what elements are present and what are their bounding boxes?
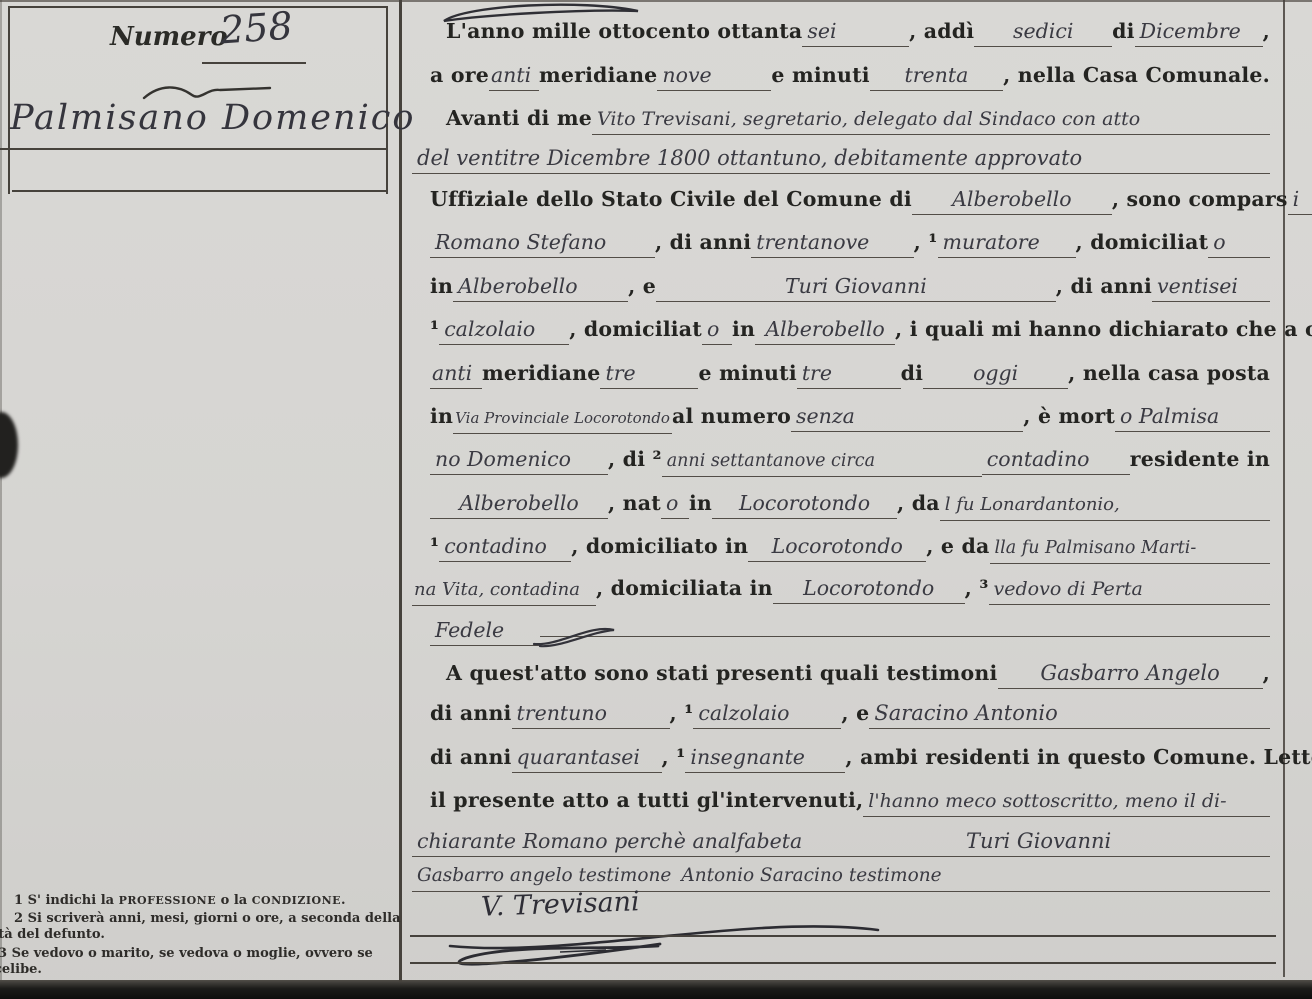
entry-minutes: trenta	[870, 60, 1003, 91]
entry-father-occupation: contadino	[439, 531, 571, 562]
printed-text: , domiciliat	[1076, 227, 1209, 257]
margin-column: Numero 258 Palmisano Domenico 1 S' indic…	[0, 0, 400, 999]
printed-text: ,	[1263, 16, 1270, 46]
printed-text: , ¹	[914, 227, 938, 257]
printed-text: , e da	[926, 531, 989, 561]
entry-marital-status: vedovo di Perta	[989, 574, 1270, 605]
entry-closing1: l'hanno meco sottoscritto, meno il di-	[863, 786, 1270, 817]
entry-declarant1-occupation: muratore	[938, 227, 1076, 258]
entry-deceased-name-part2: no Domenico	[430, 444, 608, 475]
printed-text: , domiciliat	[569, 314, 702, 344]
signature-saracino: Antonio Saracino testimone	[676, 861, 1270, 892]
entry-declarant2-comune: Alberobello	[755, 314, 895, 345]
printed-text: , di anni	[655, 227, 751, 257]
entry-deceased-birthplace: Locorotondo	[712, 488, 897, 519]
footnote-2: 2 Si scriverà anni, mesi, giorni o ore, …	[14, 911, 401, 926]
printed-text: A quest'atto sono stati presenti quali t…	[446, 658, 998, 688]
printed-text: , nat	[608, 488, 661, 518]
printed-text: , sono compars	[1112, 184, 1288, 214]
printed-text: di	[1112, 16, 1135, 46]
numero-box-bottom-border	[12, 190, 386, 192]
act-line-11: no Domenico , di ² anni settantanove cir…	[430, 444, 1270, 477]
entry-declarant1-comune: Alberobello	[453, 271, 628, 302]
entry-marital-status2: Fedele	[430, 615, 540, 646]
entry-death-meridian: anti	[430, 358, 482, 389]
entry-closing2: chiarante Romano perchè analfabeta	[412, 826, 807, 857]
printed-text: al numero	[672, 401, 791, 431]
printed-text: in	[430, 401, 453, 431]
act-line-18: di anni quarantasei , ¹ insegnante , amb…	[430, 742, 1270, 773]
act-line-10: in Via Provinciale Locorotondo al numero…	[430, 401, 1270, 434]
footnote-1-smallcaps-condizione: CONDIZIONE	[252, 894, 341, 907]
footnote-3-wrap: celibe.	[0, 962, 42, 977]
footnote-2-wrap: età del defunto.	[0, 927, 105, 942]
blank-rule	[540, 636, 1270, 637]
death-record-scan: Numero 258 Palmisano Domenico 1 S' indic…	[0, 0, 1312, 999]
act-line-13: ¹ contadino , domiciliato in Locorotondo…	[430, 531, 1270, 564]
entry-meridian: anti	[489, 60, 539, 91]
entry-hour: nove	[657, 60, 771, 91]
printed-text: Avanti di me	[446, 103, 592, 133]
printed-text: ,	[1263, 658, 1270, 688]
entry-house-street: Via Provinciale Locorotondo	[453, 403, 672, 434]
footnote-3: 3 Se vedovo o marito, se vedova o moglie…	[0, 946, 373, 961]
entry-death-minutes: tre	[797, 358, 901, 389]
printed-text: , nella casa posta	[1068, 358, 1270, 388]
printed-text: , ¹	[662, 742, 686, 772]
entry-father: l fu Lonardantonio,	[940, 490, 1270, 521]
act-line-05: Uffiziale dello Stato Civile del Comune …	[430, 184, 1270, 215]
entry-delegation: del ventitre Dicembre 1800 ottantuno, de…	[412, 143, 1270, 174]
entry-deceased-name-part1: o Palmisa	[1115, 401, 1270, 432]
printed-text: e minuti	[771, 60, 869, 90]
act-line-17: di anni trentuno , ¹ calzolaio , e Sarac…	[430, 698, 1270, 729]
act-line-09: anti meridiane tre e minuti tre di oggi …	[430, 358, 1270, 389]
printed-text: e minuti	[698, 358, 796, 388]
entry-official: Vito Trevisani, segretario, delegato dal…	[592, 104, 1270, 135]
footnote-1-smallcaps-professione: PROFESSIONE	[119, 894, 217, 907]
act-line-07: in Alberobello , e Turi Giovanni , di an…	[430, 271, 1270, 302]
entry-declarant1-name: Romano Stefano	[430, 227, 655, 258]
entry-witness1-age: trentuno	[512, 698, 670, 729]
signature-turi: Turi Giovanni	[807, 826, 1270, 857]
act-line-14: na Vita, contadina , domiciliata in Loco…	[430, 573, 1270, 606]
blank-rule	[410, 962, 1276, 964]
printed-text: , di ²	[608, 444, 662, 474]
entry-witness1-name: Gasbarro Angelo	[998, 658, 1263, 689]
printed-text: meridiane	[482, 358, 600, 388]
entry-comparsi-suffix: i	[1288, 184, 1312, 215]
footnote-1-text: 1 S' indichi la	[14, 893, 119, 908]
printed-text: a ore	[430, 60, 489, 90]
entry-month: Dicembre	[1135, 16, 1263, 47]
printed-text: , e	[628, 271, 656, 301]
entry-witness1-occupation: calzolaio	[693, 698, 841, 729]
entry-death-hour: tre	[600, 358, 698, 389]
entry-deceased-age: anni settantanove circa	[662, 446, 982, 477]
entry-comune: Alberobello	[912, 184, 1112, 215]
printed-text: , e	[841, 698, 869, 728]
punch-hole-blob	[0, 412, 18, 478]
printed-text: meridiane	[539, 60, 657, 90]
act-line-01: L'anno mille ottocento ottanta sei , add…	[430, 16, 1270, 47]
entry-mother-domicile: Locorotondo	[773, 573, 965, 604]
act-line-16: A quest'atto sono stati presenti quali t…	[430, 658, 1270, 689]
entry-day: sedici	[974, 16, 1112, 47]
entry-father-domicile: Locorotondo	[748, 531, 926, 562]
printed-text: di	[901, 358, 924, 388]
entry-declarant1-suffix: o	[1208, 227, 1270, 258]
act-line-02: a ore anti meridiane nove e minuti trent…	[430, 60, 1270, 91]
act-line-08: ¹ calzolaio , domiciliat o in Alberobell…	[430, 314, 1270, 345]
blank-rule	[410, 935, 1276, 937]
printed-text: , domiciliata in	[596, 573, 773, 603]
record-number-label: Numero	[110, 22, 228, 52]
act-line-04: del ventitre Dicembre 1800 ottantuno, de…	[430, 143, 1270, 174]
entry-deceased-residence: Alberobello	[430, 488, 608, 519]
printed-text: Uffiziale dello Stato Civile del Comune …	[430, 184, 912, 214]
entry-declarant2-suffix: o	[702, 314, 732, 345]
act-line-12: Alberobello , nat o in Locorotondo , da …	[430, 488, 1270, 521]
printed-text: , addì	[909, 16, 974, 46]
entry-house-number: senza	[791, 401, 1023, 432]
printed-text: in	[732, 314, 755, 344]
printed-text: , domiciliato in	[571, 531, 748, 561]
printed-text: di anni	[430, 742, 512, 772]
entry-birth-suffix: o	[661, 488, 689, 519]
act-line-21: Gasbarro angelo testimone Antonio Saraci…	[430, 861, 1270, 892]
printed-text: di anni	[430, 698, 512, 728]
entry-declarant2-age: ventisei	[1152, 271, 1270, 302]
printed-text: , ambi residenti in questo Comune. Letto	[845, 742, 1312, 772]
closing-flourish-icon	[530, 620, 620, 650]
entry-year-suffix: sei	[802, 16, 909, 47]
printed-text: , i quali mi hanno dichiarato che a ore	[895, 314, 1312, 344]
footnote-1: 1 S' indichi la PROFESSIONE o la CONDIZI…	[14, 893, 346, 908]
act-body: L'anno mille ottocento ottanta sei , add…	[402, 0, 1284, 984]
footnote-1-period: .	[341, 893, 346, 908]
printed-text: , da	[897, 488, 940, 518]
printed-text: in	[689, 488, 712, 518]
printed-text: ¹	[430, 314, 439, 344]
entry-declarant2-occupation: calzolaio	[439, 314, 569, 345]
act-line-19: il presente atto a tutti gl'intervenuti,…	[430, 785, 1270, 817]
entry-witness2-age: quarantasei	[512, 742, 662, 773]
printed-text: residente in	[1130, 444, 1270, 474]
printed-text: L'anno mille ottocento ottanta	[446, 16, 802, 46]
printed-text: , è mort	[1023, 401, 1115, 431]
record-number-underline	[202, 62, 306, 64]
entry-mother-part1: lla fu Palmisano Marti-	[990, 533, 1270, 564]
entry-witness2-occupation: insegnante	[685, 742, 845, 773]
printed-text: , ¹	[670, 698, 694, 728]
printed-text: in	[430, 271, 453, 301]
entry-mother-part2: na Vita, contadina	[412, 575, 596, 606]
printed-text: il presente atto a tutti gl'intervenuti,	[430, 785, 863, 815]
printed-text: , nella Casa Comunale.	[1003, 60, 1270, 90]
entry-deceased-occupation: contadino	[982, 444, 1130, 475]
act-line-20: chiarante Romano perchè analfabeta Turi …	[430, 826, 1270, 857]
numero-box-top-border	[8, 6, 388, 8]
entry-witness2-name: Saracino Antonio	[869, 698, 1270, 729]
act-line-03: Avanti di me Vito Trevisani, segretario,…	[430, 103, 1270, 135]
entry-declarant2-name: Turi Giovanni	[656, 271, 1056, 302]
act-line-06: Romano Stefano , di anni trentanove , ¹ …	[430, 227, 1270, 258]
entry-declarant1-age: trentanove	[751, 227, 913, 258]
printed-text: , ³	[965, 573, 989, 603]
entry-death-day: oggi	[923, 358, 1068, 389]
record-number-value: 258	[219, 4, 294, 53]
printed-text: , di anni	[1056, 271, 1152, 301]
margin-name-underline	[0, 148, 386, 150]
printed-text: ¹	[430, 531, 439, 561]
deceased-name-margin: Palmisano Domenico	[10, 98, 415, 138]
footnote-1-mid: o la	[216, 893, 252, 908]
